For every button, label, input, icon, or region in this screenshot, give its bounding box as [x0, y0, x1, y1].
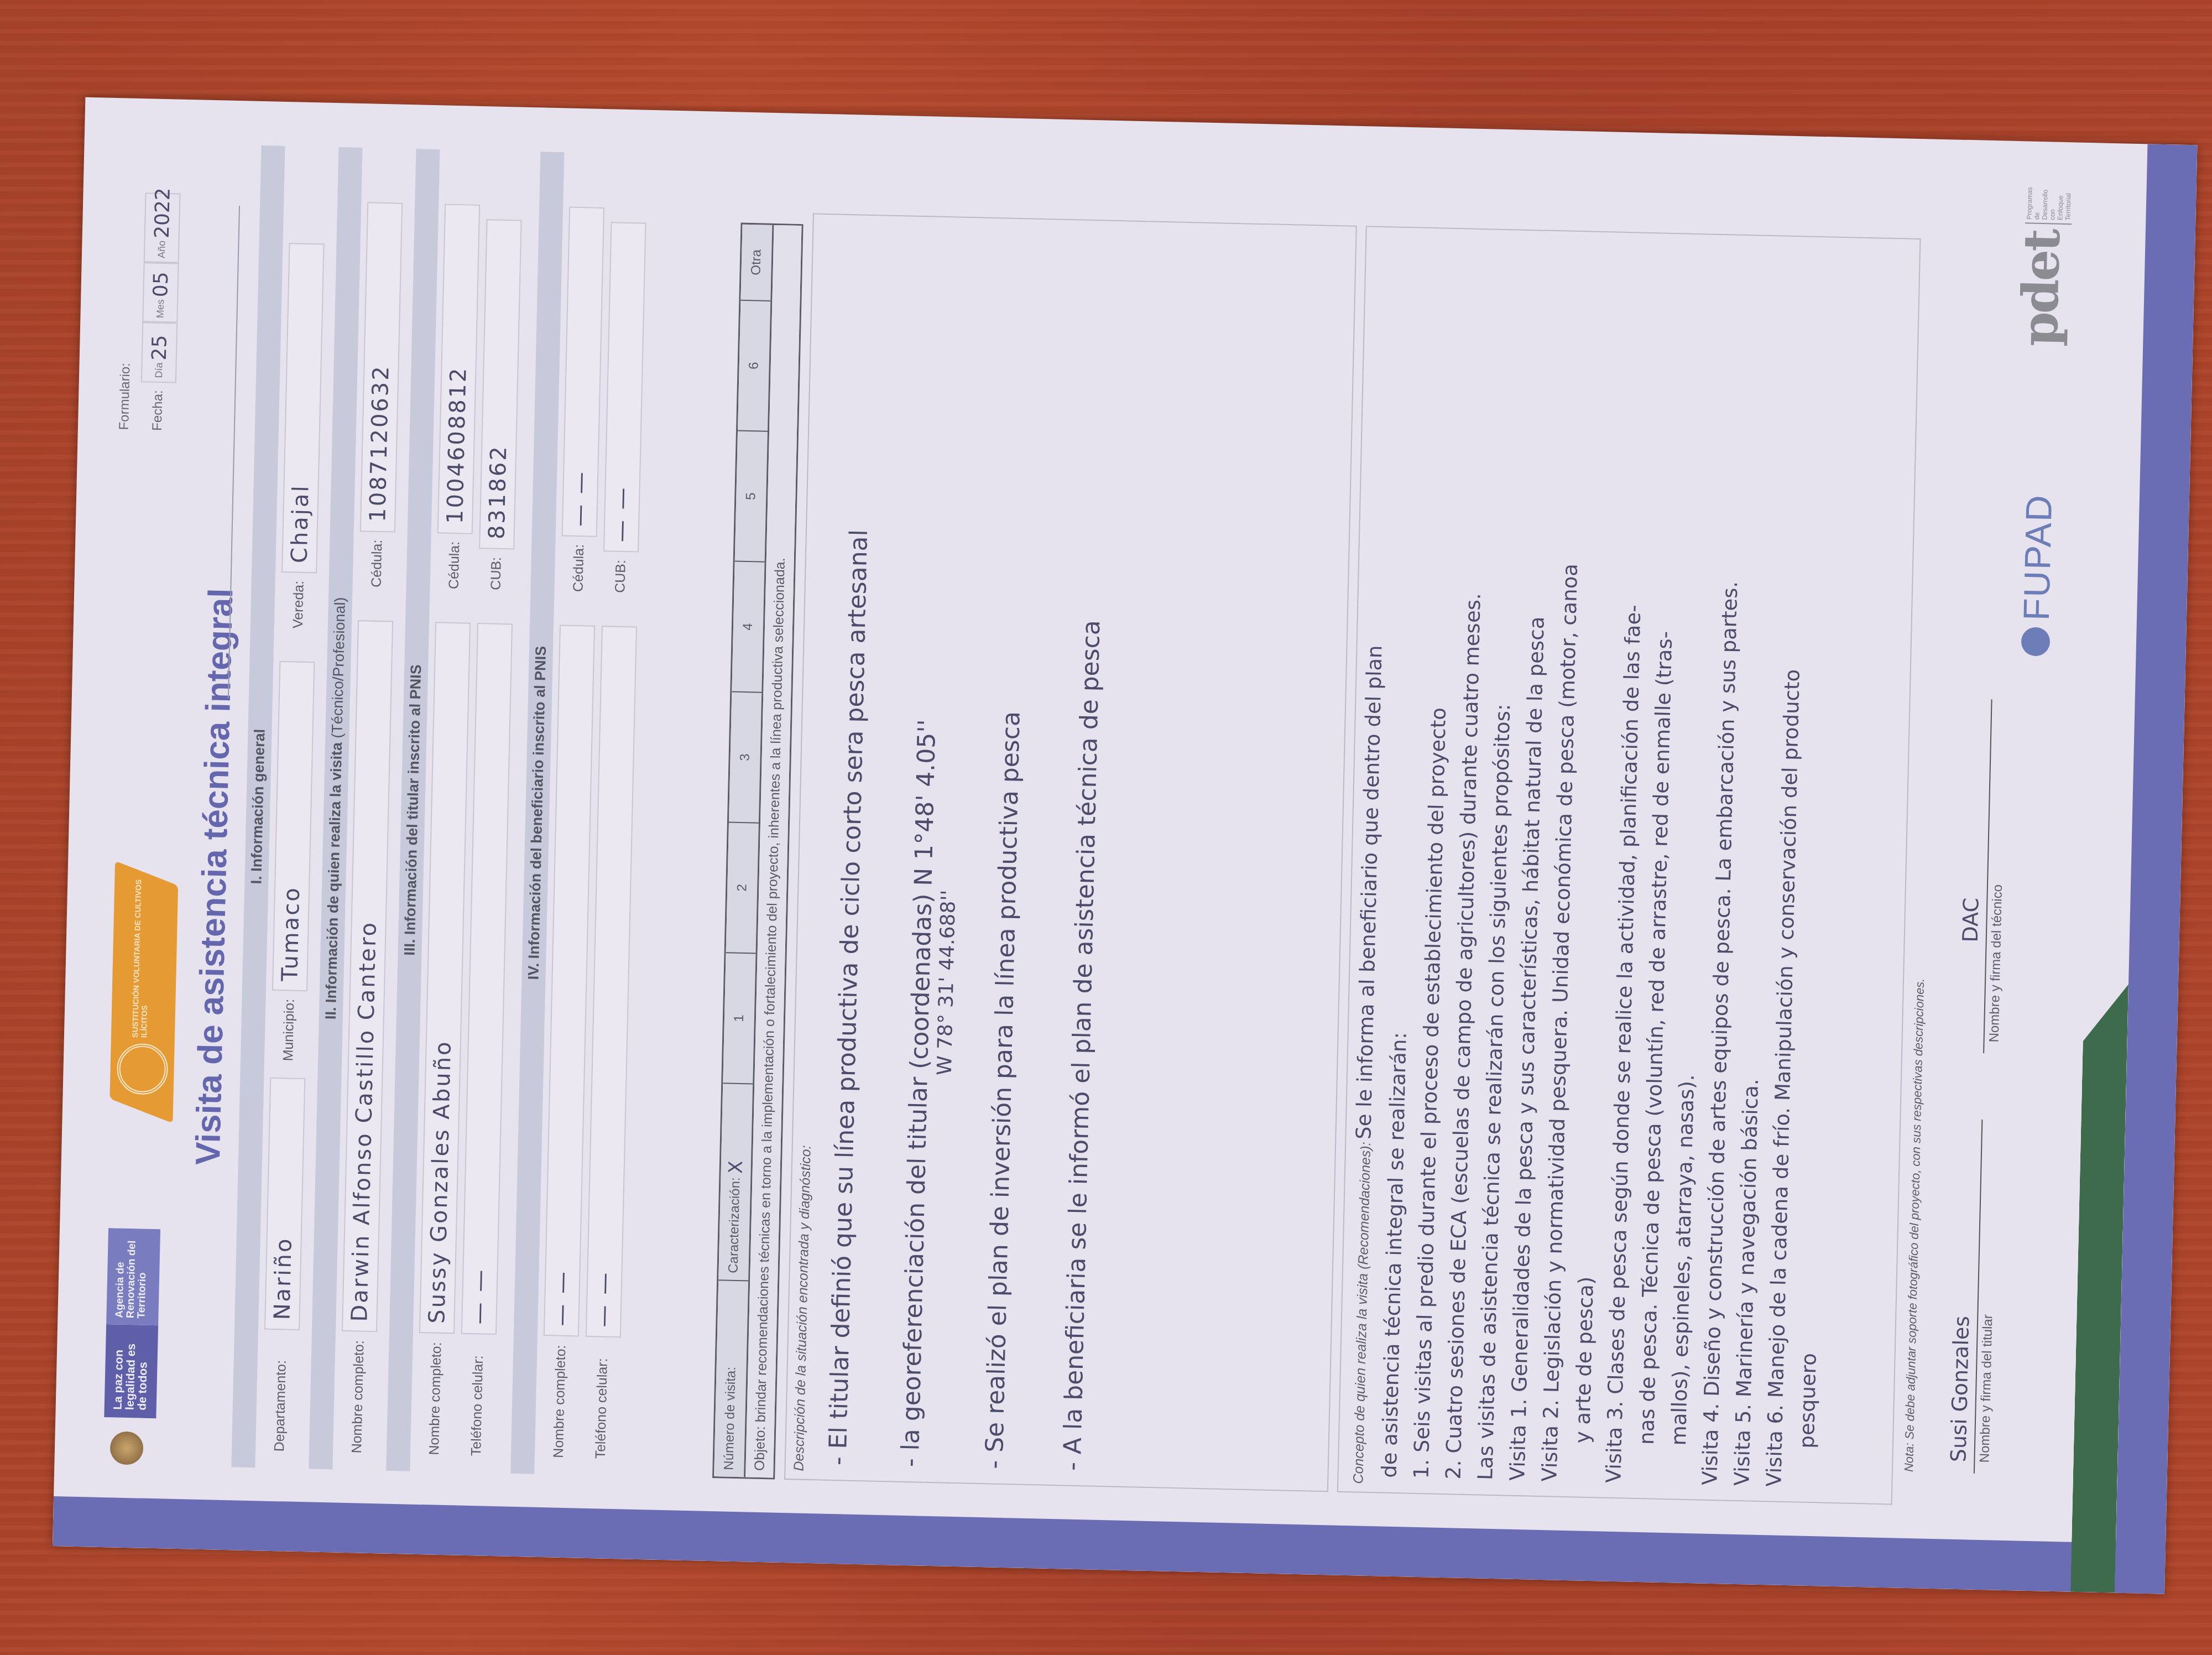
visit-option-2[interactable]: 2	[726, 821, 759, 953]
form-page: La paz con legalidad es de todos Agencia…	[87, 142, 2085, 1508]
visit-option-3[interactable]: 3	[729, 691, 761, 822]
formulario-label: Formulario:	[117, 192, 138, 430]
globe-icon	[2021, 627, 2050, 656]
fecha-anio-field[interactable]: Año2022	[144, 192, 181, 263]
fecha-dia-field[interactable]: Día25	[141, 322, 178, 383]
fecha-anio-value: 2022	[150, 188, 174, 239]
recommendations-caption: Concepto de quien realiza la visita (Rec…	[1350, 1142, 1374, 1484]
diagnosis-line: - Se realizó el plan de inversión para l…	[980, 219, 1037, 1484]
titular-cub-field[interactable]: 831862	[479, 219, 522, 549]
form-meta: Formulario: Fecha: Día25 Mes05 Año2022	[117, 192, 181, 431]
fupad-logo: FUPAD	[2014, 493, 2060, 656]
departamento-field[interactable]: Nariño	[264, 1078, 305, 1330]
visit-option-1[interactable]: 1	[723, 952, 755, 1083]
visit-option-6[interactable]: 6	[738, 300, 770, 431]
pnis-logo-text: SUSTITUCIÓN VOLUNTARIA DE CULTIVOS ILÍCI…	[131, 872, 152, 1038]
visit-option-4[interactable]: 4	[732, 561, 764, 692]
visit-option-otra[interactable]: Otra	[740, 225, 772, 300]
form-sheet: La paz con legalidad es de todos Agencia…	[53, 97, 2197, 1594]
beneficiario-cedula-field[interactable]: — —	[562, 206, 605, 537]
titular-telefono-field[interactable]: — —	[461, 623, 513, 1335]
page-title: Visita de asistencia técnica integral	[189, 588, 241, 1165]
titular-signature-block[interactable]: Susi Gonzales Nombre y firma del titular	[1946, 1119, 2002, 1474]
photo-support-note: Nota: Se debe adjuntar soporte fotográfi…	[1902, 978, 1927, 1472]
tecnico-signature-block[interactable]: DAC Nombre y firma del técnico	[1955, 699, 2012, 1054]
fecha-dia-value: 25	[148, 335, 171, 361]
recommendations-box[interactable]: Concepto de quien realiza la visita (Rec…	[1337, 226, 1921, 1505]
beneficiario-cub-field[interactable]: — —	[603, 222, 646, 553]
photographed-form: La paz con legalidad es de todos Agencia…	[53, 97, 2165, 1546]
art-logo: La paz con legalidad es de todos Agencia…	[104, 1228, 160, 1418]
slogan: La paz con legalidad es de todos	[104, 1324, 158, 1418]
beneficiario-telefono-field[interactable]: — —	[586, 626, 637, 1337]
spiral-icon	[117, 1043, 169, 1095]
vereda-field[interactable]: Chajal	[281, 243, 325, 573]
agency-name: Agencia de Renovación del Territorio	[106, 1228, 160, 1325]
caracterizacion-mark: X	[725, 1160, 748, 1174]
diagnosis-box[interactable]: Descripción de la situación encontrada y…	[784, 214, 1357, 1492]
pdet-logo: pdet Programas de Desarrollo con Enfoque…	[2010, 185, 2073, 347]
tecnico-nombre-field[interactable]: Darwin Alfonso Castillo Cantero	[342, 620, 393, 1332]
section-beneficiary-info: IV. Información del beneficiario inscrit…	[510, 152, 654, 1476]
titular-cedula-field[interactable]: 1004608812	[437, 204, 481, 534]
fecha-mes-value: 05	[149, 272, 173, 298]
municipio-field[interactable]: Tumaco	[272, 661, 315, 991]
numero-visita-label: Número de visita:	[714, 1279, 748, 1477]
colombia-coat-of-arms-icon	[109, 1431, 143, 1465]
fecha-label: Fecha:	[150, 390, 166, 431]
caracterizacion-cell[interactable]: Caracterización: X	[718, 1082, 753, 1280]
section-titular-info: III. Información del titular inscrito al…	[386, 149, 529, 1473]
diagnosis-line: - A la beneficiaria se le informó el pla…	[1058, 221, 1115, 1486]
tecnico-cedula-field[interactable]: 1087120632	[360, 202, 403, 532]
pnis-logo: SUSTITUCIÓN VOLUNTARIA DE CULTIVOS ILÍCI…	[109, 861, 178, 1123]
fecha-mes-field[interactable]: Mes05	[142, 262, 179, 323]
visit-option-5[interactable]: 5	[735, 430, 768, 561]
